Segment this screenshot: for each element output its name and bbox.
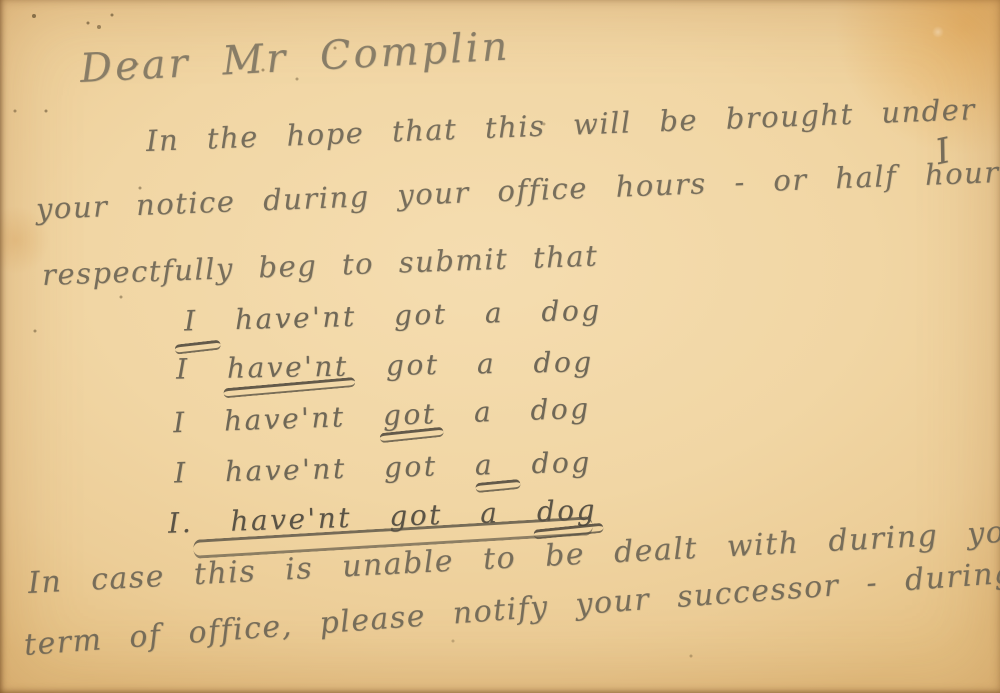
refrain-pre: I bbox=[176, 352, 228, 386]
refrain-post: a dog bbox=[436, 392, 591, 430]
refrain-line-4: I have'nt got a dog bbox=[174, 446, 592, 490]
refrain-line-2: I have'nt got a dog bbox=[176, 345, 594, 385]
emphasized-word: I bbox=[184, 304, 198, 337]
emphasized-word: a bbox=[474, 448, 494, 481]
refrain-line-3: I have'nt got a dog bbox=[173, 392, 592, 440]
emphasized-word: got bbox=[382, 397, 437, 432]
opening-line-1: In the hope that this will be brought un… bbox=[145, 92, 976, 158]
refrain-line-1: I have'nt got a dog bbox=[184, 294, 602, 338]
opening-line-2: your notice during your office hours - o… bbox=[35, 153, 1000, 226]
letter-paper: Dear Mr Complin In the hope that this wi… bbox=[0, 0, 1000, 693]
salutation: Dear Mr Complin bbox=[79, 23, 512, 91]
opening-line-3: respectfully beg to submit that bbox=[41, 239, 598, 292]
foxing-specks bbox=[0, 0, 2, 2]
refrain-post: got a dog bbox=[348, 345, 594, 382]
refrain-post: dog bbox=[494, 446, 592, 482]
refrain-pre: I have'nt got bbox=[174, 449, 476, 490]
emphasized-word: have'nt bbox=[227, 350, 349, 385]
refrain-post: have'nt got a dog bbox=[197, 294, 602, 338]
refrain-pre: I have'nt bbox=[173, 399, 384, 439]
